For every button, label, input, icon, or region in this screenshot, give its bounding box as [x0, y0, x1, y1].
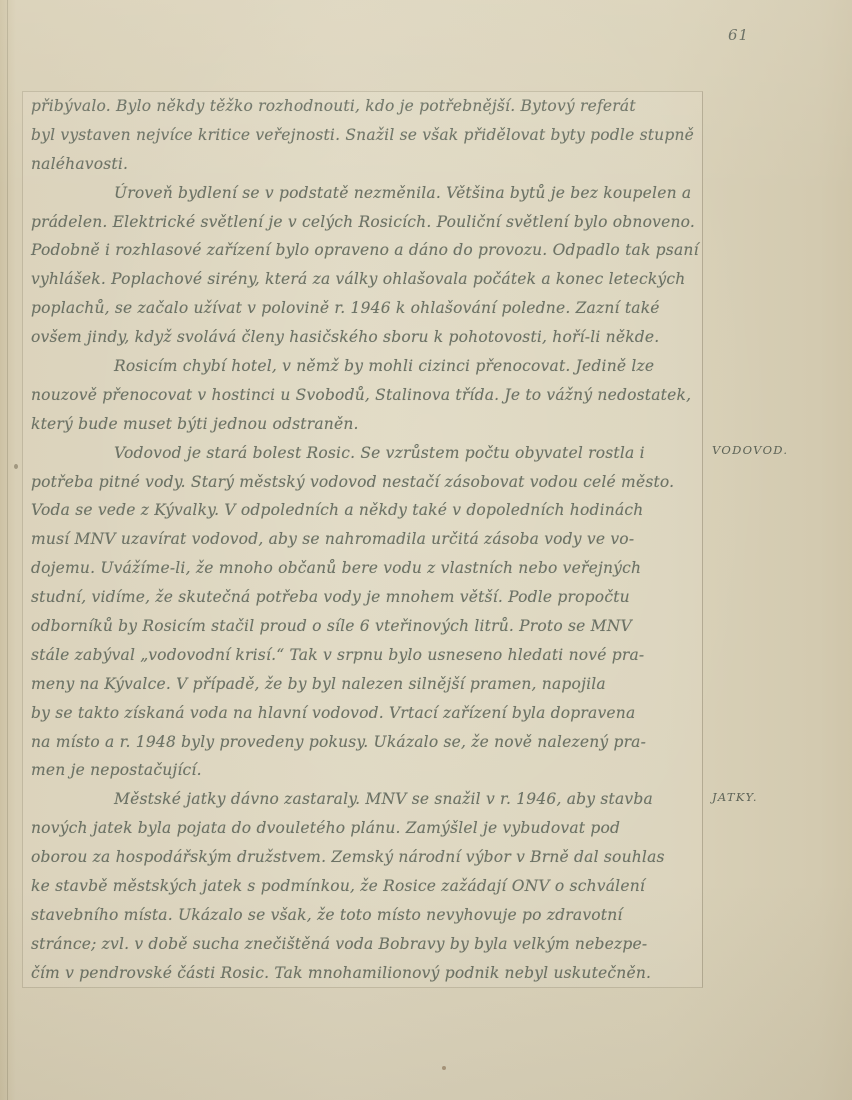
manuscript-line: nových jatek byla pojata do dvouletého p… — [23, 814, 702, 843]
manuscript-line: nouzově přenocovat v hostinci u Svobodů,… — [23, 381, 702, 410]
manuscript-line: Voda se vede z Kývalky. V odpoledních a … — [23, 496, 702, 525]
margin-note: JATKY. — [712, 790, 758, 804]
manuscript-line: ovšem jindy, když svolává členy hasičské… — [23, 323, 702, 352]
manuscript-line: by se takto získaná voda na hlavní vodov… — [23, 699, 702, 728]
manuscript-page: 61 přibývalo. Bylo někdy těžko rozhodnou… — [0, 0, 852, 1100]
manuscript-line: oborou za hospodářským družstvem. Zemský… — [23, 843, 702, 872]
manuscript-line: dojemu. Uvážíme-li, že mnoho občanů bere… — [23, 554, 702, 583]
manuscript-line: stále zabýval „vodovodní krisí.“ Tak v s… — [23, 641, 702, 670]
manuscript-line: prádelen. Elektrické světlení je v celýc… — [23, 208, 702, 237]
manuscript-line: odborníků by Rosicím stačil proud o síle… — [23, 612, 702, 641]
manuscript-line: naléhavosti. — [23, 150, 702, 179]
manuscript-line: men je nepostačující. — [23, 756, 702, 785]
manuscript-line: Vodovod je stará bolest Rosic. Se vzrůst… — [23, 439, 702, 468]
manuscript-line: na místo a r. 1948 byly provedeny pokusy… — [23, 728, 702, 757]
paper-speck — [442, 1066, 446, 1070]
manuscript-line: stránce; zvl. v době sucha znečištěná vo… — [23, 930, 702, 959]
manuscript-text-block: přibývalo. Bylo někdy těžko rozhodnouti,… — [22, 91, 703, 988]
manuscript-line: musí MNV uzavírat vodovod, aby se nahrom… — [23, 525, 702, 554]
manuscript-line: který bude muset býti jednou odstraněn. — [23, 410, 702, 439]
manuscript-line: Podobně i rozhlasové zařízení bylo oprav… — [23, 236, 702, 265]
manuscript-line: ke stavbě městských jatek s podmínkou, ž… — [23, 872, 702, 901]
manuscript-line: meny na Kývalce. V případě, že by byl na… — [23, 670, 702, 699]
manuscript-line: potřeba pitné vody. Starý městský vodovo… — [23, 468, 702, 497]
manuscript-line: studní, vidíme, že skutečná potřeba vody… — [23, 583, 702, 612]
manuscript-line: poplachů, se začalo užívat v polovině r.… — [23, 294, 702, 323]
manuscript-line: byl vystaven nejvíce kritice veřejnosti.… — [23, 121, 702, 150]
manuscript-line: Úroveň bydlení se v podstatě nezměnila. … — [23, 179, 702, 208]
margin-note: VODOVOD. — [712, 443, 788, 457]
manuscript-line: Rosicím chybí hotel, v němž by mohli ciz… — [23, 352, 702, 381]
page-number: 61 — [728, 26, 749, 44]
manuscript-line: čím v pendrovské části Rosic. Tak mnoham… — [23, 959, 702, 988]
manuscript-line: přibývalo. Bylo někdy těžko rozhodnouti,… — [23, 92, 702, 121]
manuscript-line: vyhlášek. Poplachové sirény, která za vá… — [23, 265, 702, 294]
page-edge-line — [7, 0, 8, 1100]
manuscript-line: stavebního místa. Ukázalo se však, že to… — [23, 901, 702, 930]
paper-speck — [14, 464, 18, 469]
manuscript-line: Městské jatky dávno zastaraly. MNV se sn… — [23, 785, 702, 814]
